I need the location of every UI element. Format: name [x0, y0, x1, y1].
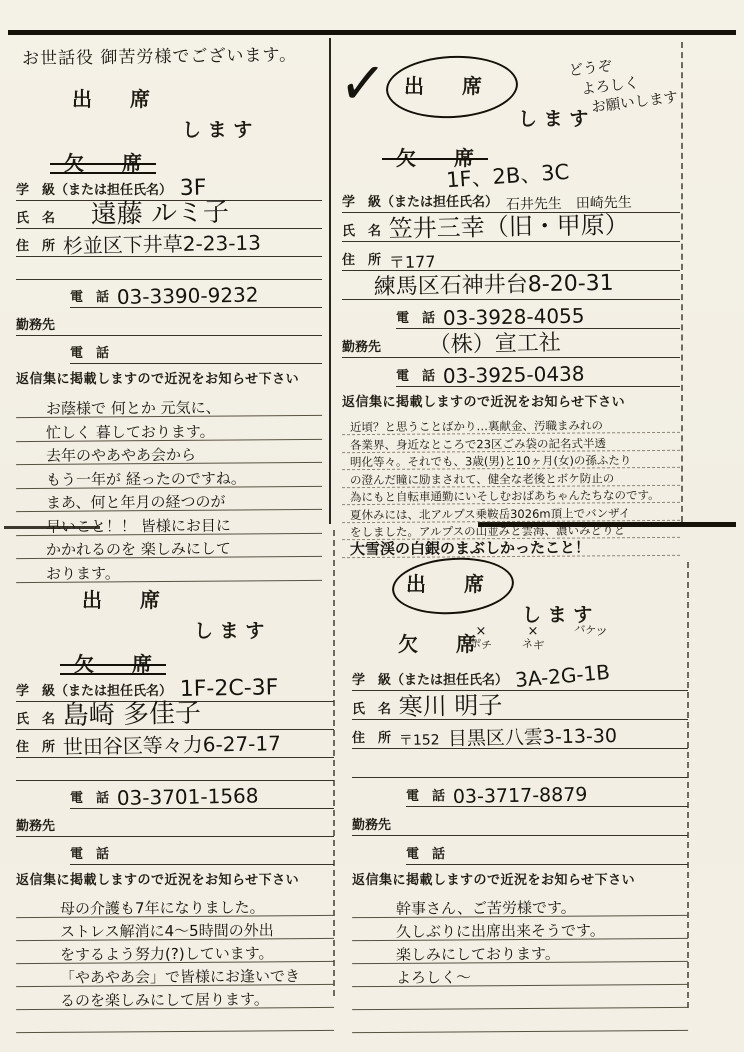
- address-label: 住 所: [342, 249, 381, 270]
- work-phone-row: 電 話: [70, 336, 322, 364]
- message-line: 為にもと自転車通勤にいそしむおばあちゃんたちなのです。: [342, 485, 680, 505]
- column-divider-top: [329, 38, 331, 524]
- message-line: [16, 1008, 334, 1033]
- work-phone-label: 電 話: [70, 843, 109, 864]
- message-line: 早いこと！！ 皆様にお目に: [16, 509, 322, 535]
- workplace-label: 勤務先: [342, 336, 381, 357]
- phone-value: 03-3390-9232: [117, 286, 259, 307]
- teacher-note: バケツ: [574, 625, 607, 650]
- teacher-note: × ネギ: [522, 625, 544, 650]
- name-value: 遠藤 ルミ子: [91, 201, 230, 228]
- message-area: 幹事さん、ご苦労様です。 久しぶりに出席出来そうです。 楽しみにしております。 …: [352, 894, 688, 1052]
- blank-rule-row: [352, 749, 688, 778]
- message-line: かかれるのを 楽しみにして: [16, 533, 322, 559]
- address-row: 住 所 〒152 目黒区八雲3-13-30: [352, 720, 688, 749]
- teacher-nickname: バケツ: [573, 623, 607, 639]
- reply-card-bottom-left: 出席 します 欠席 学 級（または担任氏名） 1F-2C-3F 氏 名 島崎 多…: [16, 558, 334, 1052]
- class-label: 学 級（または担任氏名）: [342, 191, 498, 212]
- address-label: 住 所: [16, 235, 55, 256]
- work-phone-label: 電 話: [406, 843, 445, 864]
- class-row: × ポチ × ネギ バケツ 学 級（または担任氏名） 3A-2G-1B: [352, 662, 688, 691]
- work-phone-label: 電 話: [396, 365, 435, 386]
- workplace-row: 勤務先: [16, 809, 334, 837]
- workplace-value: （株）宣工社: [429, 334, 561, 357]
- class-row: 学 級（または担任氏名） 3F: [16, 173, 322, 201]
- phone-label: 電 話: [70, 787, 109, 808]
- name-value: 寒川 明子: [399, 694, 503, 719]
- scan-top-edge-line: [8, 30, 736, 35]
- absent-label: 欠席: [64, 147, 180, 176]
- message-line: [16, 1031, 334, 1052]
- absent-strike-mark: [60, 664, 166, 675]
- scanned-reply-cards-page: お世話役 御苦労様でございます。 出席 します 欠席 学 級（または担任氏名） …: [0, 0, 744, 1052]
- teacher-nickname: ポチ: [469, 637, 492, 651]
- work-phone-row: 電 話: [70, 837, 334, 865]
- address-value: 世田谷区等々力6-27-17: [63, 734, 281, 757]
- address-row: 住 所 世田谷区等々力6-27-17: [16, 730, 334, 758]
- phone-row: 電 話 03-3390-9232: [70, 280, 322, 308]
- name-label: 氏 名: [16, 207, 55, 228]
- message-line: 母の介護も7年になりました。: [16, 893, 334, 918]
- news-prompt: 返信集に掲載しますので近況をお知らせ下さい: [352, 869, 688, 888]
- reply-card-top-left: お世話役 御苦労様でございます。 出席 します 欠席 学 級（または担任氏名） …: [16, 42, 322, 581]
- blank-rule-row: [16, 758, 334, 781]
- phone-row: 電 話 03-3701-1568: [70, 781, 334, 809]
- right-edge-dashed-top: [681, 42, 683, 522]
- message-line: [352, 1008, 688, 1033]
- address-value: 杉並区下井草2-23-13: [63, 234, 261, 256]
- teacher-nickname: ネギ: [521, 637, 544, 651]
- address-value: 練馬区石神井台8-20-31: [374, 274, 614, 299]
- name-label: 氏 名: [352, 698, 391, 719]
- rsvp-header: 出席 します 欠席: [16, 558, 334, 674]
- class-row: 学 級（または担任氏名） 1F-2C-3F: [16, 674, 334, 702]
- message-line: まあ、何と年月の経つのが: [16, 486, 322, 512]
- message-line: [352, 1031, 688, 1052]
- work-phone-label: 電 話: [70, 342, 109, 363]
- postal-value: 〒177: [389, 254, 436, 270]
- attend-label: 出席: [82, 584, 198, 613]
- message-line: 明化等々。それでも、3歳(男)と10ヶ月(女)の孫ふたり: [342, 450, 680, 470]
- phone-label: 電 話: [70, 286, 109, 307]
- message-area: お蔭様で 何とか 元気に、 忙しく 暮しております。 去年のやあやあ会から もう…: [16, 393, 322, 581]
- postal-value: 〒152: [399, 734, 440, 748]
- message-line: をするよう努力(?)しています。: [16, 939, 334, 964]
- news-prompt: 返信集に掲載しますので近況をお知らせ下さい: [16, 869, 334, 888]
- workplace-label: 勤務先: [16, 314, 55, 335]
- blank-rule-row: [16, 257, 322, 280]
- address-label: 住 所: [352, 727, 391, 748]
- message-line: 幹事さん、ご苦労様です。: [352, 893, 688, 918]
- message-line: お蔭様で 何とか 元気に、: [16, 392, 322, 418]
- work-phone-row: 電 話: [406, 836, 688, 865]
- reply-card-bottom-right: 出席 します 欠席 × ポチ × ネギ バケツ 学 級: [352, 560, 688, 1052]
- message-line: をしました。アルプスの山並みと雲海、濃いみどりと: [342, 520, 680, 540]
- name-row: 氏 名 笠井三幸（旧・甲原）: [342, 213, 680, 242]
- message-area: 近頃？と思うことばかり…裏献金、汚職まみれの 各業界、身近なところで23区ごみ袋…: [342, 416, 680, 556]
- phone-value: 03-3717-8879: [453, 786, 588, 806]
- message-line: 大雪渓の白銀のまぶしかったこと！: [342, 537, 680, 557]
- phone-value: 03-3701-1568: [117, 787, 259, 808]
- message-line: ストレス解消に4～5時間の外出: [16, 916, 334, 941]
- name-row: 氏 名 遠藤 ルミ子: [16, 201, 322, 229]
- message-line: 近頃？と思うことばかり…裏献金、汚職まみれの: [342, 415, 680, 435]
- address-label: 住 所: [16, 736, 55, 757]
- message-line: もう一年が 経ったのですね。: [16, 462, 322, 488]
- name-label: 氏 名: [16, 708, 55, 729]
- class-value: 石井先生 田崎先生: [506, 197, 632, 212]
- message-line: [352, 985, 688, 1010]
- message-area: 母の介護も7年になりました。 ストレス解消に4～5時間の外出 をするよう努力(?…: [16, 894, 334, 1052]
- class-label: 学 級（または担任氏名）: [352, 669, 508, 690]
- message-line: 「やあやあ会」で皆様にお逢いでき: [16, 962, 334, 987]
- message-line: 去年のやあやあ会から: [16, 439, 322, 465]
- address-value: 目黒区八雲3-13-30: [447, 727, 616, 748]
- side-note: どうぞ よろしく お願いします: [568, 50, 679, 121]
- teacher-notes: × ポチ × ネギ バケツ: [470, 625, 607, 650]
- attend-label: 出席: [72, 83, 188, 112]
- class-label: 学 級（または担任氏名）: [16, 680, 172, 701]
- phone-value: 03-3928-4055: [443, 307, 585, 328]
- attend-label: 出席: [404, 70, 520, 99]
- phone-label: 電 話: [396, 307, 435, 328]
- absent-strike-mark: [50, 163, 156, 174]
- greeting-note: お世話役 御苦労様でございます。: [22, 40, 322, 69]
- check-mark-icon: ✓: [336, 45, 389, 122]
- name-value: 島崎 多佳子: [63, 702, 202, 729]
- class-row: 1F、2B、3C 学 級（または担任氏名） 石井先生 田崎先生: [342, 184, 680, 213]
- class-label: 学 級（または担任氏名）: [16, 179, 172, 200]
- message-line: 久しぶりに出席出来そうです。: [352, 916, 688, 941]
- workplace-row: 勤務先: [352, 807, 688, 836]
- work-phone-row: 電 話 03-3925-0438: [396, 358, 680, 387]
- address-row: 住 所 杉並区下井草2-23-13: [16, 229, 322, 257]
- absent-strike-mark: [382, 158, 488, 161]
- attend-suffix-label: します: [194, 616, 271, 643]
- message-line: るのを楽しみにして居ります。: [16, 985, 334, 1010]
- message-line: 忙しく 暮しております。: [16, 415, 322, 441]
- workplace-row: 勤務先 （株）宣工社: [342, 329, 680, 358]
- work-phone-value: 03-3925-0438: [443, 365, 585, 386]
- absent-label: 欠席: [74, 648, 190, 677]
- reply-card-top-right: ✓ 出席 します どうぞ よろしく お願いします 欠席 1F、2B、3C 学 級…: [342, 46, 680, 556]
- name-value: 笠井三幸（旧・甲原）: [389, 214, 629, 241]
- address-row-2: 練馬区石神井台8-20-31: [342, 271, 680, 300]
- rsvp-header: 出席 します 欠席: [16, 69, 322, 173]
- message-line: よろしく～: [352, 962, 688, 987]
- message-line: 楽しみにしております。: [352, 939, 688, 964]
- phone-label: 電 話: [406, 785, 445, 806]
- class-value: 3F: [180, 179, 207, 200]
- phone-row: 電 話 03-3928-4055: [396, 300, 680, 329]
- news-prompt: 返信集に掲載しますので近況をお知らせ下さい: [16, 368, 322, 387]
- workplace-label: 勤務先: [352, 814, 391, 835]
- attend-label: 出席: [406, 568, 522, 597]
- workplace-label: 勤務先: [16, 815, 55, 836]
- name-row: 氏 名 島崎 多佳子: [16, 702, 334, 730]
- news-prompt: 返信集に掲載しますので近況をお知らせ下さい: [342, 391, 680, 410]
- name-label: 氏 名: [342, 220, 381, 241]
- teacher-note: × ポチ: [470, 625, 492, 650]
- phone-row: 電 話 03-3717-8879: [406, 778, 688, 807]
- address-row: 住 所 〒177: [342, 242, 680, 271]
- attend-suffix-label: します: [182, 115, 259, 142]
- class-value: 3A-2G-1B: [514, 663, 610, 690]
- workplace-row: 勤務先: [16, 308, 322, 336]
- class-value: 1F-2C-3F: [180, 678, 279, 701]
- name-row: 氏 名 寒川 明子: [352, 691, 688, 720]
